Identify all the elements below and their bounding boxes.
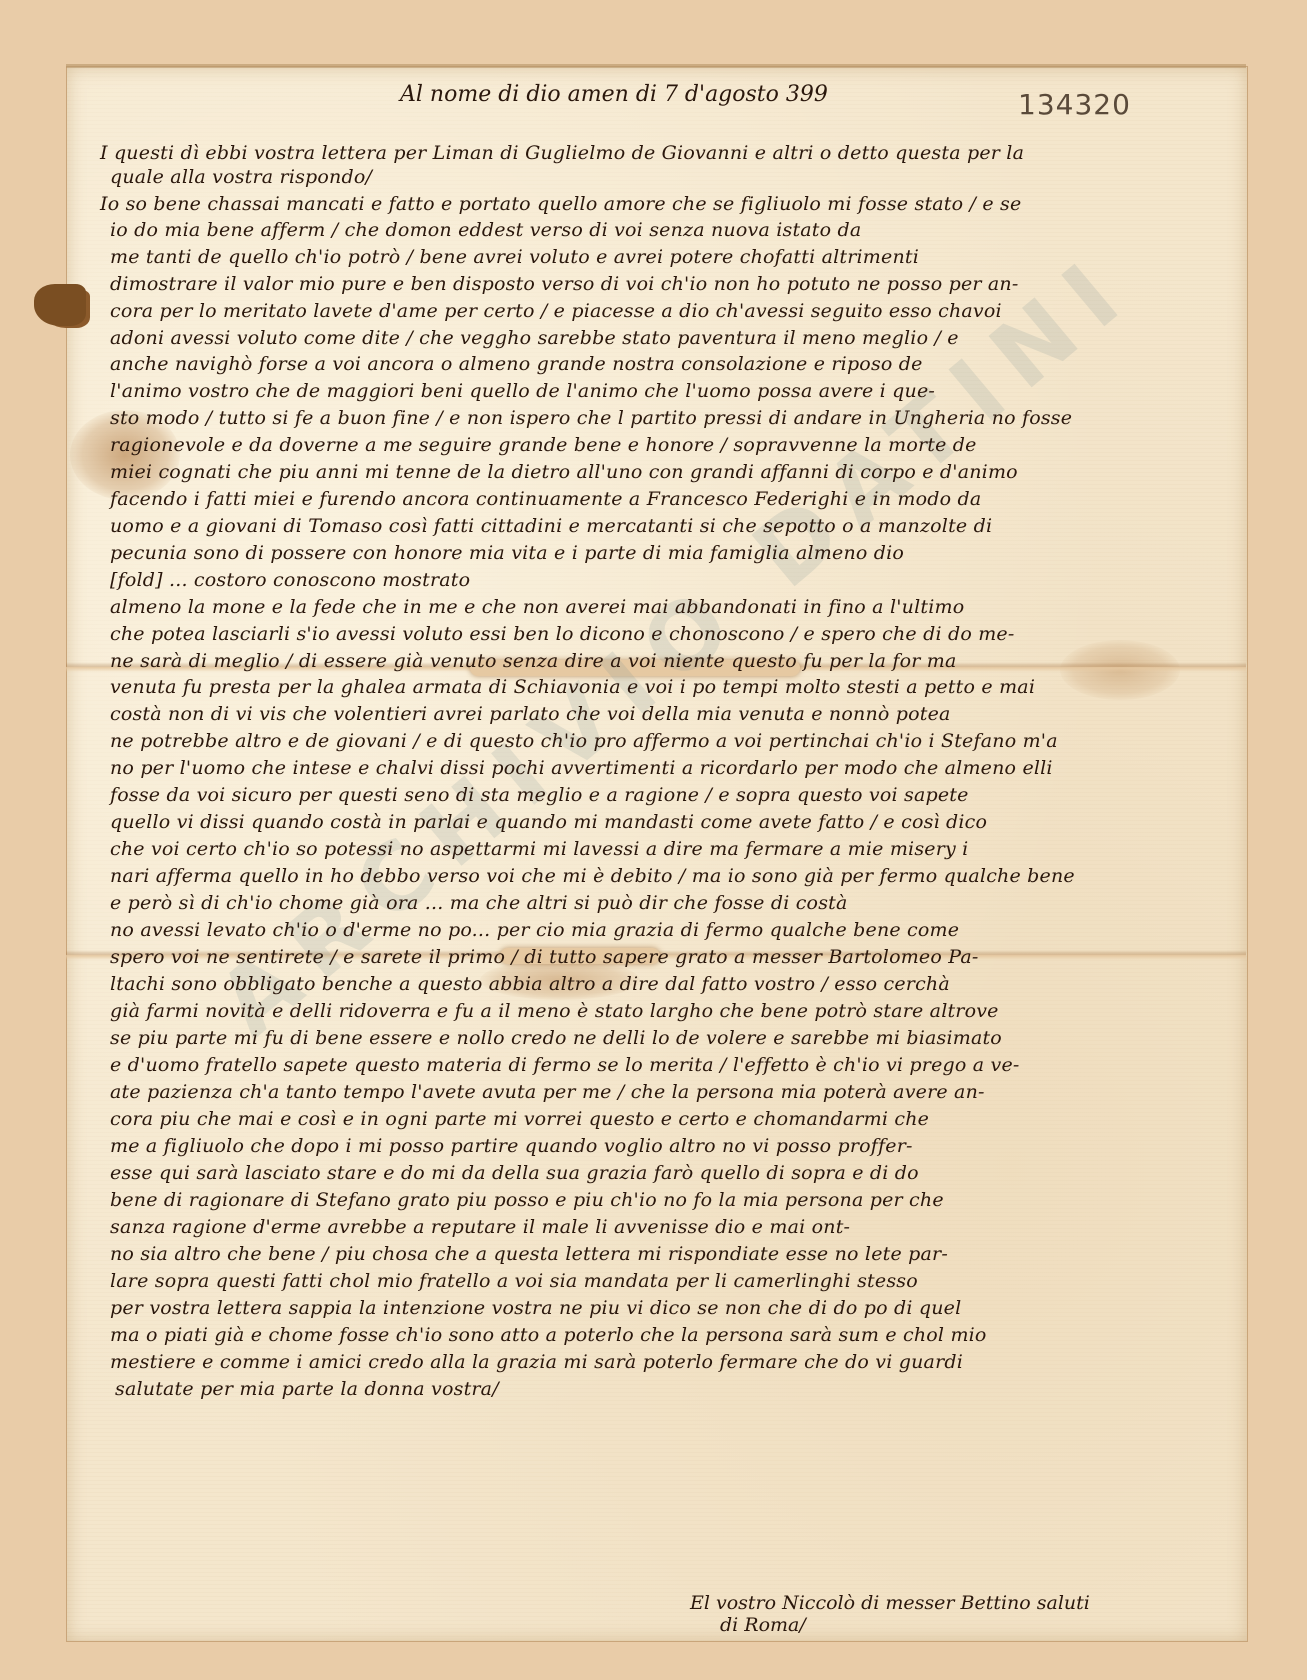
manuscript-line: cora per lo meritato lavete d'ame per ce… (110, 300, 1002, 322)
manuscript-line: ragionevole e da doverne a me seguire gr… (110, 434, 977, 456)
manuscript-line: già farmi novità e delli ridoverra e fu … (110, 1000, 999, 1022)
manuscript-line: no per l'uomo che intese e chalvi dissi … (110, 757, 1053, 779)
letter-date-header: Al nome di dio amen di 7 d'agosto 399 (400, 82, 828, 107)
manuscript-line: cora piu che mai e così e in ogni parte … (110, 1108, 929, 1130)
manuscript-line: anche navighò forse a voi ancora o almen… (110, 353, 923, 375)
manuscript-line: me a figliuolo che dopo i mi posso parti… (110, 1135, 913, 1157)
manuscript-line: venuta fu presta per la ghalea armata di… (110, 676, 1035, 698)
binding-thread (34, 284, 86, 326)
manuscript-line: quello vi dissi quando costà in parlai e… (110, 811, 987, 833)
manuscript-line: Io so bene chassai mancati e fatto e por… (100, 193, 1021, 215)
signature-place: di Roma/ (720, 1614, 806, 1636)
manuscript-line: se piu parte mi fu di bene essere e noll… (110, 1027, 1002, 1049)
manuscript-line: dimostrare il valor mio pure e ben dispo… (110, 273, 1019, 295)
manuscript-line: e però sì di ch'io chome già ora ... ma … (110, 892, 848, 914)
manuscript-line: salutate per mia parte la donna vostra/ (115, 1378, 499, 1400)
manuscript-line: nari afferma quello in ho debbo verso vo… (110, 865, 1075, 887)
manuscript-line: sanza ragione d'erme avrebbe a reputare … (110, 1216, 850, 1238)
manuscript-line: mestiere e comme i amici credo alla la g… (110, 1351, 963, 1373)
manuscript-line: quale alla vostra rispondo/ (110, 166, 372, 188)
manuscript-line: sto modo / tutto si fe a buon fine / e n… (110, 407, 1072, 429)
manuscript-line: io do mia bene afferm / che domon eddest… (110, 219, 861, 241)
manuscript-line: adoni avessi voluto come dite / che vegg… (110, 327, 959, 349)
manuscript-line: ne potrebbe altro e de giovani / e di qu… (110, 730, 1058, 752)
manuscript-line: l'animo vostro che de maggiori beni quel… (110, 380, 935, 402)
manuscript-line: bene di ragionare di Stefano grato piu p… (110, 1189, 944, 1211)
manuscript-line: facendo i fatti miei e furendo ancora co… (110, 488, 981, 510)
manuscript-line: che voi certo ch'io so potessi no aspett… (110, 838, 968, 860)
manuscript-line: ma o piati già e chome fosse ch'io sono … (110, 1324, 987, 1346)
signature: El vostro Niccolò di messer Bettino salu… (690, 1592, 1090, 1614)
manuscript-line: lare sopra questi fatti chol mio fratell… (110, 1270, 918, 1292)
archive-number: 134320 (1018, 88, 1131, 121)
manuscript-line: pecunia sono di possere con honore mia v… (110, 542, 904, 564)
manuscript-line: spero voi ne sentirete / e sarete il pri… (110, 946, 979, 968)
manuscript-line: che potea lasciarli s'io avessi voluto e… (110, 623, 1015, 645)
manuscript-line: almeno la mone e la fede che in me e che… (110, 596, 964, 618)
manuscript-line: per vostra lettera sappia la intenzione … (110, 1297, 961, 1319)
manuscript-line: me tanti de quello ch'io potrò / bene av… (110, 246, 919, 268)
manuscript-line: esse qui sarà lasciato stare e do mi da … (110, 1162, 919, 1184)
manuscript-line: e d'uomo fratello sapete questo materia … (110, 1054, 1020, 1076)
manuscript-line: no avessi levato ch'io o d'erme no po...… (110, 919, 959, 941)
manuscript-line: ate pazienza ch'a tanto tempo l'avete av… (110, 1081, 985, 1103)
manuscript-line: ne sarà di meglio / di essere già venuto… (110, 650, 957, 672)
manuscript-line: I questi dì ebbi vostra lettera per Lima… (100, 142, 1024, 164)
manuscript-line: miei cognati che piu anni mi tenne de la… (110, 461, 1018, 483)
manuscript-line: no sia altro che bene / piu chosa che a … (110, 1243, 948, 1265)
manuscript-line: costà non di vi vis che volentieri avrei… (110, 703, 951, 725)
manuscript-line: uomo e a giovani di Tomaso così fatti ci… (110, 515, 992, 537)
manuscript-line: fosse da voi sicuro per questi seno di s… (110, 784, 969, 806)
manuscript-line: ltachi sono obbligato benche a questo ab… (110, 973, 950, 995)
page-top-edge (66, 64, 1246, 68)
manuscript-line: [fold] ... costoro conoscono mostrato (110, 569, 470, 591)
